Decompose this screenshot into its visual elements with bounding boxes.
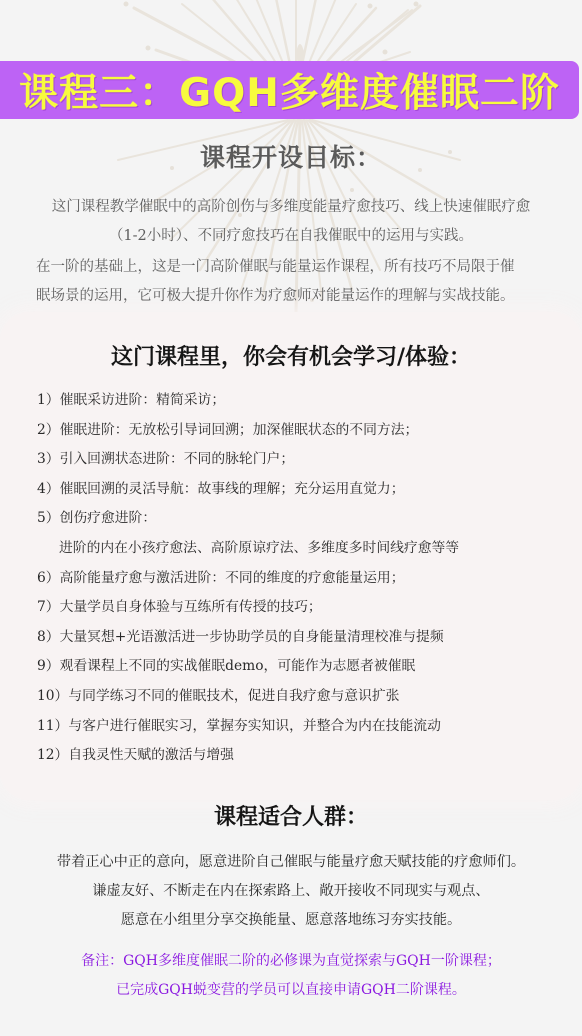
- goals-paragraph-1: 这门课程教学催眠中的高阶创伤与多维度能量疗愈技巧、线上快速催眠疗愈 （1-2小时…: [28, 193, 554, 251]
- list-item: 1）催眠采访进阶：精简采访；: [37, 386, 557, 416]
- goals-paragraph-2: 在一阶的基础上，这是一门高阶催眠与能量运作课程，所有技巧不局限于催 眠场景的运用…: [36, 253, 546, 311]
- goals-p2-line-1: 在一阶的基础上，这是一门高阶催眠与能量运作课程，所有技巧不局限于催: [36, 253, 546, 282]
- list-item: 12）自我灵性天赋的激活与增强: [37, 741, 557, 771]
- goals-p2-line-2: 眠场景的运用，它可极大提升你作为疗愈师对能量运作的理解与实战技能。: [36, 282, 546, 311]
- list-item: 11）与客户进行催眠实习，掌握夯实知识，并整合为内在技能流动: [37, 712, 557, 742]
- goals-p1-line-2: （1-2小时）、不同疗愈技巧在自我催眠中的运用与实践。: [28, 222, 554, 251]
- list-item-detail: 进阶的内在小孩疗愈法、高阶原谅疗法、多维度多时间线疗愈等等: [37, 534, 557, 564]
- list-item: 2）催眠进阶：无放松引导词回溯；加深催眠状态的不同方法；: [37, 416, 557, 446]
- course-title: 课程三：GQH多维度催眠二阶: [19, 62, 560, 118]
- audience-heading: 课程适合人群：: [0, 800, 582, 831]
- goals-heading: 课程开设目标：: [0, 138, 582, 174]
- title-banner: 课程三：GQH多维度催眠二阶: [0, 61, 579, 119]
- audience-description: 带着正心中正的意向，愿意进阶自己催眠与能量疗愈天赋技能的疗愈师们。 谦虚友好、不…: [0, 848, 582, 935]
- list-item: 3）引入回溯状态进阶：不同的脉轮门户；: [37, 445, 557, 475]
- list-item: 8）大量冥想+光语激活进一步协助学员的自身能量清理校准与提频: [37, 623, 557, 653]
- learning-heading: 这门课程里，你会有机会学习/体验：: [0, 340, 582, 371]
- audience-line-3: 愿意在小组里分享交换能量、愿意落地练习夯实技能。: [0, 906, 582, 935]
- list-item: 6）高阶能量疗愈与激活进阶：不同的维度的疗愈能量运用；: [37, 564, 557, 594]
- learning-list: 1）催眠采访进阶：精简采访； 2）催眠进阶：无放松引导词回溯；加深催眠状态的不同…: [37, 386, 557, 771]
- list-item: 5）创伤疗愈进阶：: [37, 504, 557, 534]
- note-line-2: 已完成GQH蜕变营的学员可以直接申请GQH二阶课程。: [0, 976, 582, 1005]
- prerequisite-note: 备注：GQH多维度催眠二阶的必修课为直觉探索与GQH一阶课程； 已完成GQH蜕变…: [0, 947, 582, 1005]
- list-item: 10）与同学练习不同的催眠技术，促进自我疗愈与意识扩张: [37, 682, 557, 712]
- audience-line-2: 谦虚友好、不断走在内在探索路上、敞开接收不同现实与观点、: [0, 877, 582, 906]
- list-item: 9）观看课程上不同的实战催眠demo，可能作为志愿者被催眠: [37, 652, 557, 682]
- list-item: 7）大量学员自身体验与互练所有传授的技巧；: [37, 593, 557, 623]
- note-line-1: 备注：GQH多维度催眠二阶的必修课为直觉探索与GQH一阶课程；: [0, 947, 582, 976]
- audience-line-1: 带着正心中正的意向，愿意进阶自己催眠与能量疗愈天赋技能的疗愈师们。: [0, 848, 582, 877]
- goals-p1-line-1: 这门课程教学催眠中的高阶创伤与多维度能量疗愈技巧、线上快速催眠疗愈: [28, 193, 554, 222]
- list-item: 4）催眠回溯的灵活导航：故事线的理解；充分运用直觉力；: [37, 475, 557, 505]
